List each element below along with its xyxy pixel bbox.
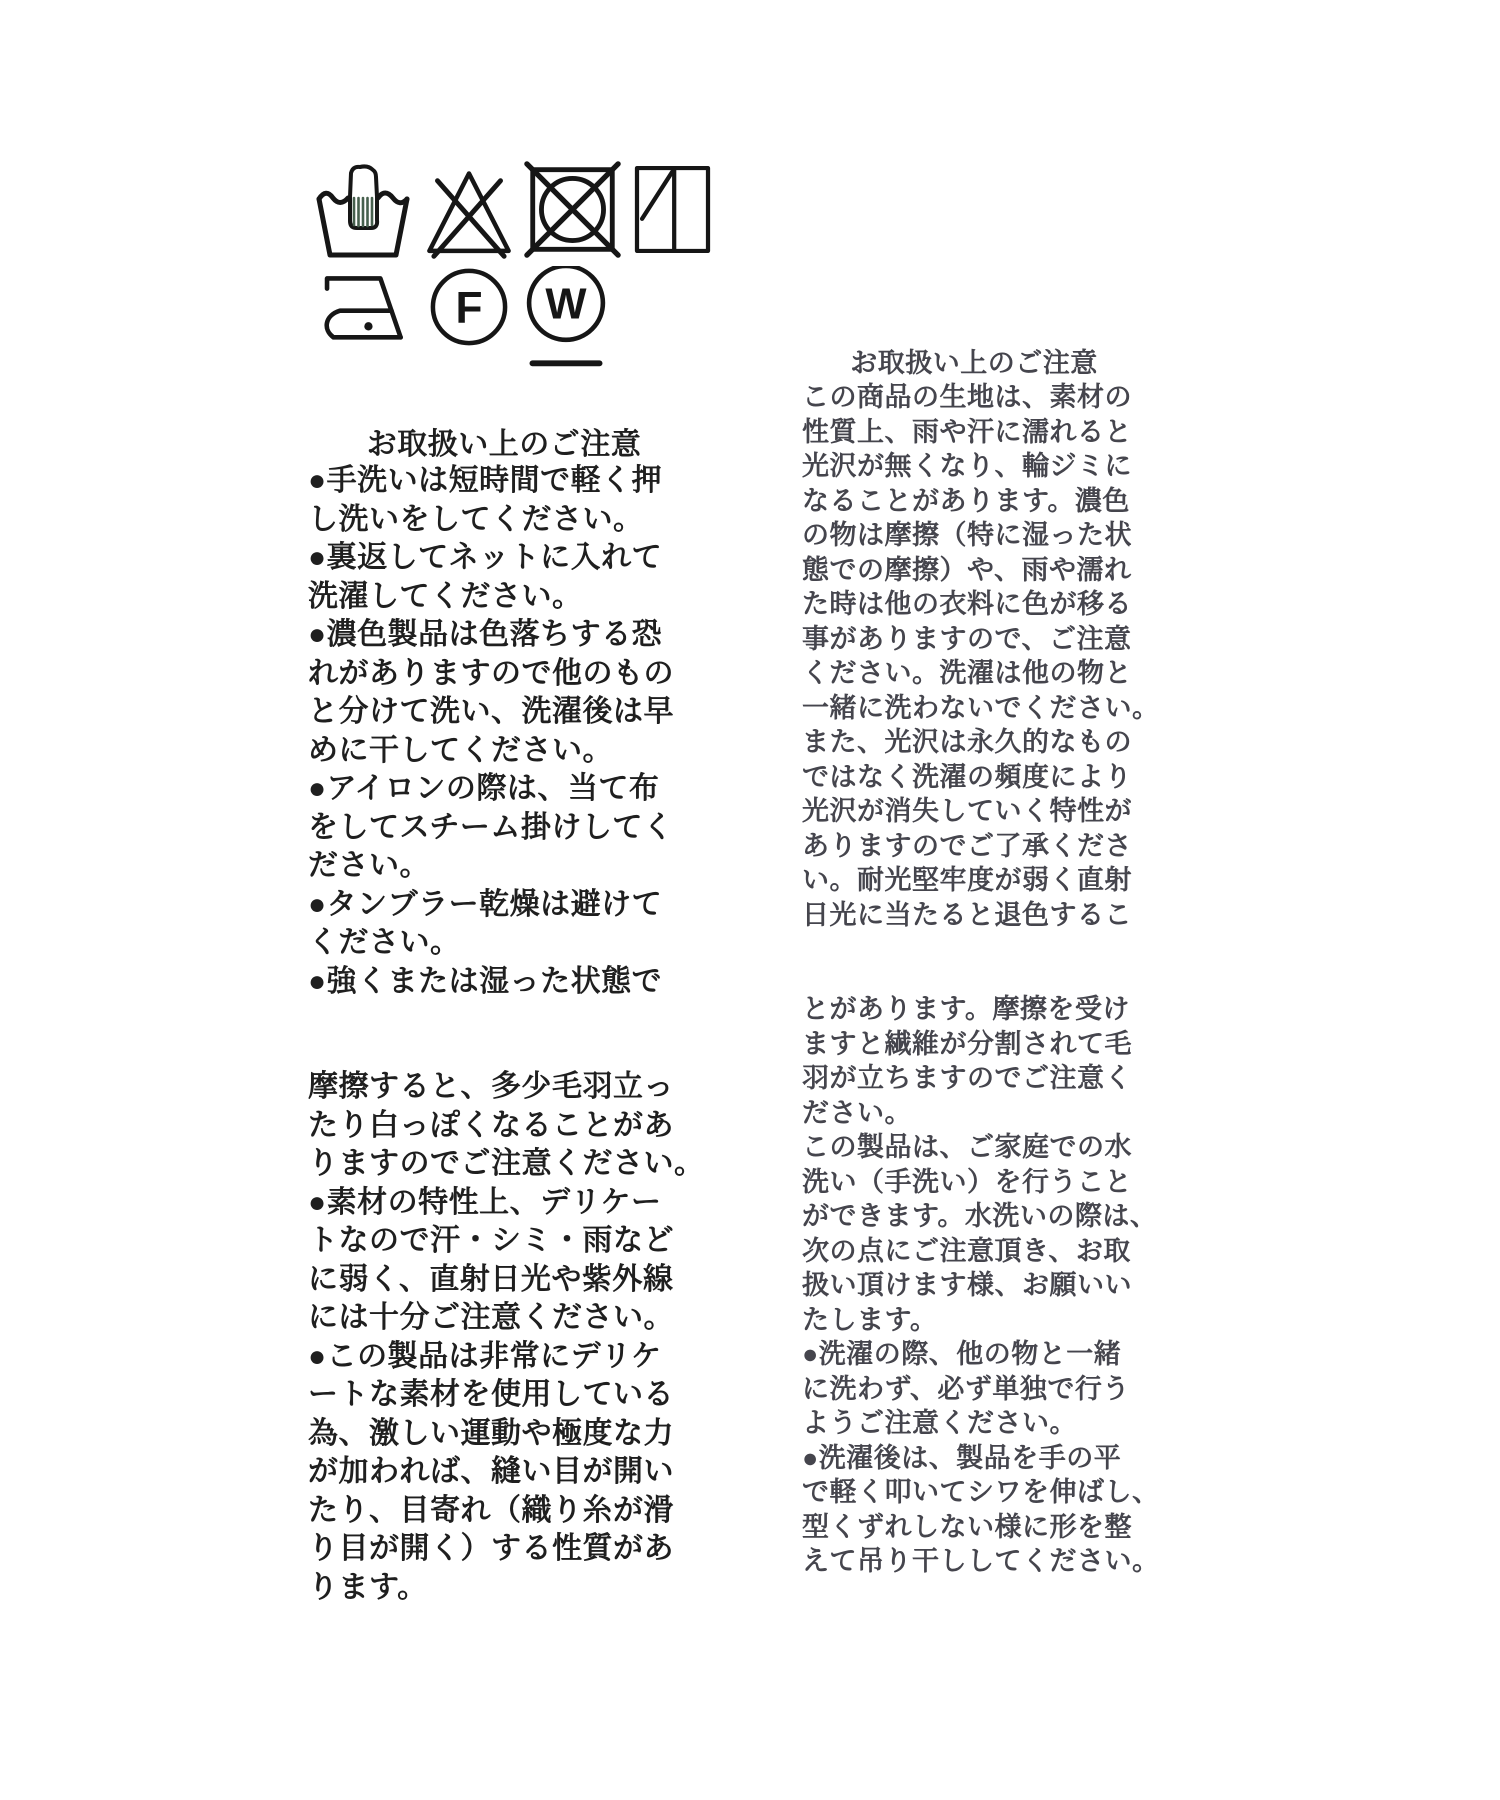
- dry-clean-f-icon: F: [428, 266, 510, 348]
- left-column-care-text-1: ●手洗いは短時間で軽く押 し洗いをしてください。 ●裏返してネットに入れて 洗濯…: [308, 462, 748, 1001]
- shade-line-dry-icon: [630, 163, 715, 256]
- right-column-care-text-1: この商品の生地は、素材の 性質上、雨や汗に濡れると 光沢が無くなり、輪ジミに な…: [802, 380, 1202, 932]
- left-column-title: お取扱い上のご注意: [308, 426, 700, 465]
- hand-wash-icon: [316, 163, 416, 259]
- left-column-care-text-2: 摩擦すると、多少毛羽立っ たり白っぽくなることがあ りますのでご注意ください。 …: [308, 1068, 748, 1607]
- no-tumble-dry-icon: [524, 161, 621, 258]
- letter-f: F: [455, 284, 482, 333]
- letter-w: W: [545, 281, 587, 329]
- care-label-page: F W お取扱い上のご注意 ●手洗いは短時間で軽く押 し洗いをしてください。 ●…: [0, 0, 1500, 1800]
- right-column-title: お取扱い上のご注意: [800, 346, 1148, 381]
- wet-clean-w-icon: W: [524, 266, 608, 370]
- iron-low-heat-icon: [316, 270, 408, 344]
- right-column-care-text-2: とがあります。摩擦を受け ますと繊維が分割されて毛 羽が立ちますのでご注意く だ…: [802, 992, 1202, 1579]
- no-bleach-icon: [424, 168, 514, 260]
